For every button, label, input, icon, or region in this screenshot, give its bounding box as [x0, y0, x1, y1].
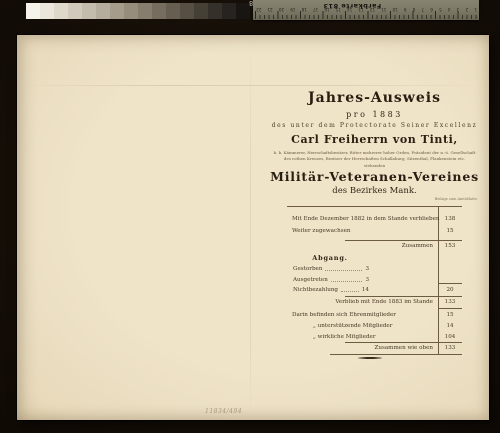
row-label: Mit Ende Dezember 1882 in dem Stande ver…: [287, 216, 440, 222]
organisation-name: Militär-Veteranen-Vereines: [270, 169, 479, 184]
grayscale-calibration-wedge: [26, 3, 250, 19]
table-row: Mit Ende Dezember 1882 in dem Stande ver…: [287, 216, 438, 222]
pencil-inventory-note: 11834/494: [205, 408, 242, 415]
row-label: Darin befinden sich Ehrenmitglieder: [287, 312, 396, 318]
row-value: 3: [365, 277, 369, 283]
dot-leader: [325, 270, 362, 271]
year-line: pro 1883: [270, 110, 479, 119]
departures-total: 20: [438, 287, 462, 293]
dot-leader: [331, 281, 363, 282]
district-line: des Bezirkes Mank.: [270, 186, 479, 196]
row-label: „ wirkliche Mitglieder: [287, 334, 376, 340]
vertical-fold-crease: [250, 35, 251, 420]
row-label: Ausgetreten: [293, 277, 328, 283]
protectorate-line: des unter dem Protectorate Seiner Excell…: [270, 122, 479, 129]
row-value: 3: [365, 266, 369, 272]
row-label: Nichtbezahlung: [293, 287, 338, 293]
table-row: Nichtbezahlung 14: [293, 287, 369, 293]
row-value: 15: [438, 312, 462, 318]
ruler-major-ticks: [255, 11, 477, 19]
row-label: Zusammen wie oben: [374, 345, 433, 351]
row-label: Weiter zugewachsen: [287, 228, 351, 234]
row-value: 153: [438, 243, 462, 249]
table-row: „ unterstützende Mitglieder: [287, 323, 438, 329]
row-value: 133: [438, 299, 462, 305]
end-ornament: [357, 357, 383, 359]
honorifics-line-1: k. k. Kämmerer, Herrschaftsbesitzer, Rit…: [270, 150, 479, 155]
number-cell-rule: [438, 308, 462, 309]
horizontal-fold-crease: [17, 85, 489, 86]
table-row: Darin befinden sich Ehrenmitglieder: [287, 312, 438, 318]
membership-statement-table: Mit Ende Dezember 1882 in dem Stande ver…: [287, 206, 462, 355]
table-row: Weiter zugewachsen: [287, 228, 438, 234]
row-label: „ unterstützende Mitglieder: [287, 323, 392, 329]
final-rule: [345, 342, 462, 343]
departures-heading: Abgang.: [295, 254, 365, 262]
dot-leader: [341, 291, 359, 292]
table-row: Gestorben 3: [293, 266, 369, 272]
row-value: 15: [438, 228, 462, 234]
remaining-rule: [345, 296, 462, 297]
table-bottom-rule: [330, 354, 462, 355]
honorifics-line-2: des rothen Kreuzes, Besitzer der Herrsch…: [270, 156, 479, 161]
row-value: 104: [438, 334, 462, 340]
standing-word: stehenden: [270, 163, 479, 168]
corner-note: Beilage zum Amtsblatte.: [435, 197, 478, 201]
row-value: 14: [438, 323, 462, 329]
patron-name: Carl Freiherrn von Tinti,: [270, 133, 479, 146]
table-row: Ausgetreten 3: [293, 277, 369, 283]
row-value: 14: [362, 287, 369, 293]
row-label: Zusammen: [402, 243, 433, 249]
number-cell-rule: [438, 283, 462, 284]
page-title: Jahres-Ausweis: [270, 90, 479, 106]
ruler: Farbkarte 813 1 2 3 4 5 6 7 8 9 10 11 12…: [253, 0, 479, 20]
document-sheet: Jahres-Ausweis pro 1883 des unter dem Pr…: [17, 35, 489, 420]
row-value: 138: [438, 216, 462, 222]
sum-rule: [345, 240, 462, 241]
row-label: Gestorben: [293, 266, 322, 272]
row-value: 133: [438, 345, 462, 351]
photographed-archive-page: 678 Farbkarte 813 1 2 3 4 5 6 7 8 9 10 1…: [0, 0, 500, 433]
row-label: Verblieb mit Ende 1883 im Stande: [335, 299, 433, 305]
table-row: „ wirkliche Mitglieder: [287, 334, 438, 340]
